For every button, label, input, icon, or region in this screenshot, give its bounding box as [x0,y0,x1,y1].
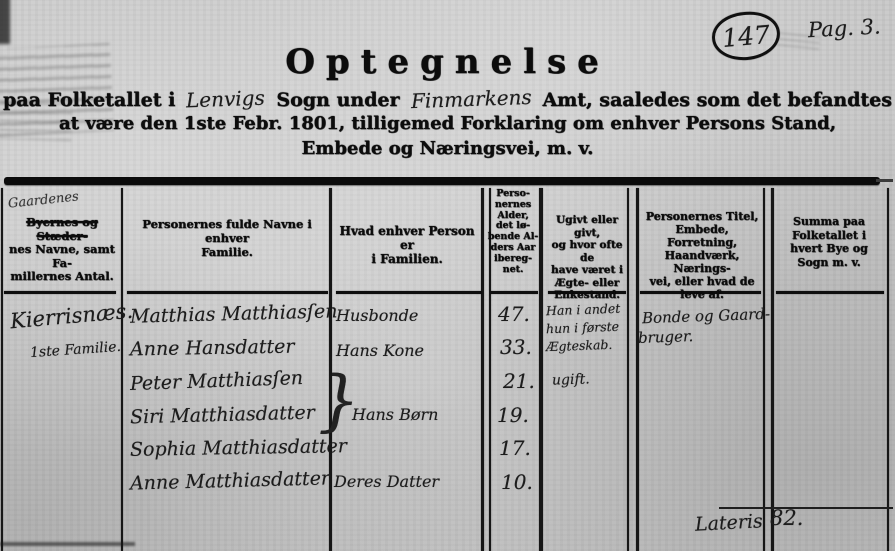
header-line: Folketallet i [774,229,884,243]
header-line: Personernes Titel, [639,210,765,223]
page-label: Pag. 3. [807,14,893,42]
header-line: og hvor ofte de [546,239,628,264]
person-name: Anne Hansdatter [130,336,295,361]
header-line: ibereg- [486,254,540,265]
header-line: i Familien. [334,252,480,266]
column-header-place: Byernes og Stæder- nes Navne, samt Fa- m… [4,216,120,284]
table-top-rule [4,177,880,185]
heading-post: Amt, saaledes som det befandtes [542,89,892,111]
header-line: Summa paa [774,215,884,229]
column-header-marital-status: Ugivt eller givt, og hvor ofte de have v… [546,214,628,302]
person-name: Sophia Matthiasdatter [130,435,347,461]
person-name: Anne Matthiasdatter [130,467,331,494]
scan-edge-smudge [0,0,10,44]
census-document-page: 147 Pag. 3. Optegnelse paa Folketallet i… [0,0,895,551]
heading-mid: Sogn under [276,89,399,111]
lateris-total: 82. [770,506,803,530]
header-underline [336,291,482,294]
family-role: Husbonde [336,306,418,325]
person-name: Matthias Matthiasſen [130,300,338,327]
header-line: Hvad enhver Person er [334,224,480,252]
person-age: 19. [497,403,529,427]
marital-note-line: hun i første [546,319,620,337]
page-title: Optegnelse [0,42,895,82]
column-rule [1,188,3,551]
family-role-children: Hans Børn [352,405,438,424]
header-line: Personernes fulde Navne i enhver [126,217,328,245]
occupation-line: Bonde og Gaard- [642,305,771,327]
column-header-occupation: Personernes Titel, Embede, Forretning, H… [639,210,765,301]
farm-name: Kierrisnæs. [9,299,134,334]
marital-note-line: Ægteskab. [546,337,613,354]
header-line: leve af. [639,288,765,301]
family-number: 1ste Familie. [30,339,122,361]
header-line: Ægte- eller [546,277,628,290]
person-age: 33. [500,335,532,359]
heading-pre: paa Folketallet i [3,89,175,111]
children-brace: } [318,362,360,439]
column-header-age: Perso- nernes Alder, det lø- bende Al- d… [486,189,540,275]
header-line: nes Navne, samt Fa- [4,243,120,270]
heading-line-2: at være den 1ste Febr. 1801, tilligemed … [0,113,895,134]
table-top-rule [876,179,893,182]
header-line: nernes [486,200,540,211]
person-age: 17. [499,436,531,460]
header-line: net. [486,265,540,276]
scan-edge-smudge [0,542,135,546]
footer-rule [719,507,893,509]
column-rule [481,188,484,551]
family-role: Hans Kone [336,341,424,360]
column-rule [887,188,889,551]
header-line: Embede, Forretning, [639,223,765,249]
header-underline [127,291,328,294]
county-name-handwritten: Finmarkens [410,85,531,113]
column-header-names: Personernes fulde Navne i enhver Familie… [126,217,328,259]
header-line: have været i [546,264,628,277]
header-line: hvert Bye og [774,242,884,256]
header-line: Ugivt eller givt, [546,214,628,239]
person-name: Siri Matthiasdatter [130,402,315,429]
column-header-family-role: Hvad enhver Person er i Familien. [334,224,480,266]
column-rule [121,188,123,551]
lateris-label: Lateris [694,510,763,536]
occupation-line: bruger. [638,327,694,347]
heading-line-3: Embede og Næringsvei, m. v. [0,138,895,159]
header-line: Familie. [126,245,328,259]
family-role: Deres Datter [334,472,439,491]
person-age: 21. [503,369,535,393]
heading-line-1: paa Folketallet i Lenvigs Sogn under Fin… [3,87,892,111]
person-name: Peter Matthiasſen [130,367,304,395]
parish-name-handwritten: Lenvigs [186,86,266,113]
header-line: Byernes og Stæder- [4,216,120,243]
header-underline [490,291,538,294]
header-line: Enkestand. [546,289,628,302]
header-correction-handwritten: Gaardenes [7,189,79,211]
person-age: 47. [498,302,530,326]
header-line: Haandværk, Nærings- [639,249,765,275]
marital-note-line: Han i andet [546,301,621,319]
person-age: 10. [501,470,533,494]
column-header-summa: Summa paa Folketallet i hvert Bye og Sog… [774,215,884,269]
marital-note-ugift: ugift. [552,371,590,388]
header-line: Sogn m. v. [774,256,884,270]
header-underline [776,291,884,294]
header-underline [4,291,116,294]
header-line: millernes Antal. [4,270,120,284]
header-line: vei, eller hvad de [639,275,765,288]
